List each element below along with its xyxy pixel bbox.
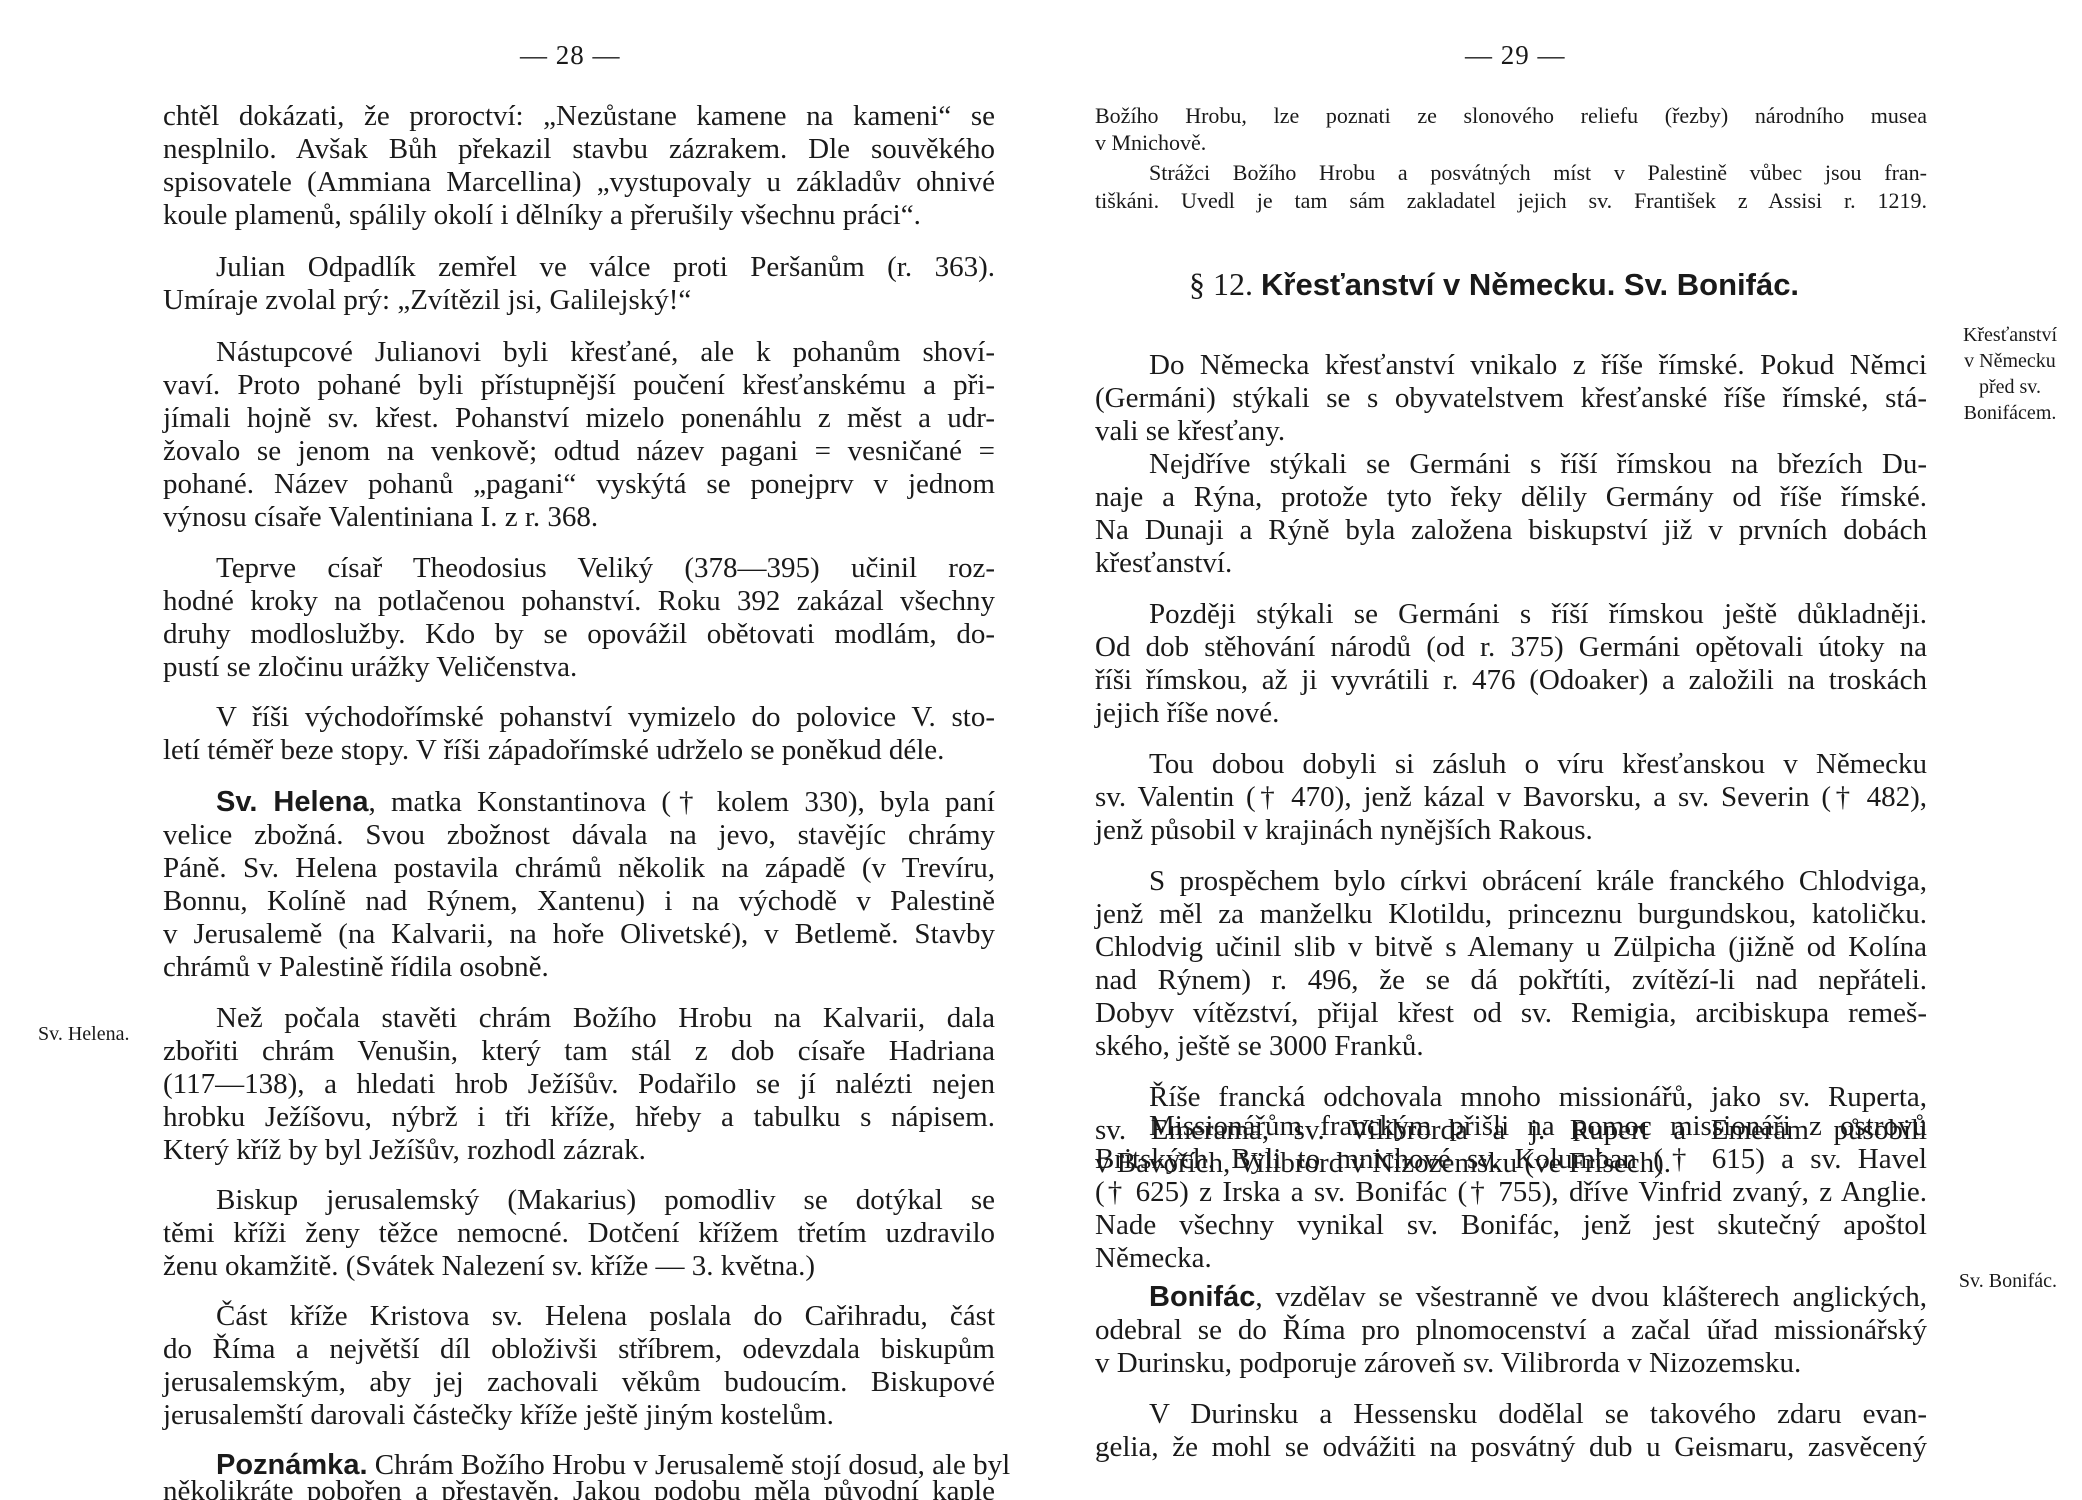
text-line: spisovatele (Ammiana Marcellina) „vystup… [163,166,995,199]
text-line: koule plamenů, spálily okolí i dělníky a… [163,199,921,232]
margin-note-sv-helena: Sv. Helena. [38,1021,129,1047]
text-line: Biskup jerusalemský (Makarius) pomodliv … [216,1184,995,1217]
text-line: v Durinsku, podporuje zároveň sv. Vilibr… [1095,1347,1801,1380]
text-line: Božího Hrobu, lze poznati ze slonového r… [1095,103,1927,129]
section-heading: § 12. Křesťanství v Německu. Sv. Bonifác… [1189,266,1799,303]
margin-note-line: Křesťanství [1935,322,2082,348]
text-line: hrobku Ježíšovu, nýbrž i tři kříže, hřeb… [163,1101,995,1134]
text-line: Tou dobou dobyli si zásluh o víru křesťa… [1149,748,1927,781]
text-line: tiškáni. Uvedl je tam sám zakladatel jej… [1095,188,1927,214]
text-line: (117—138), a hledati hrob Ježíšův. Podař… [163,1068,995,1101]
margin-note-line: Bonifácem. [1935,400,2082,426]
text-line: Strážci Božího Hrobu a posvátných míst v… [1149,160,1927,186]
text-line: žovalo se jenom na venkově; odtud název … [163,435,995,468]
text-line: († 625) z Irska a sv. Bonifác († 755), d… [1095,1176,1927,1209]
text-line: jenž působil v krajinách nynějších Rakou… [1095,814,1593,847]
text-line: V Durinsku a Hessensku dodělal se takové… [1149,1398,1927,1431]
bold-lead: Sv. Helena [216,786,369,818]
text-line: zbořiti chrám Venušin, který tam stál z … [163,1035,995,1068]
text-line: Nade všechny vynikal sv. Bonifác, jenž j… [1095,1209,1927,1242]
text-line: Později stýkali se Germáni s říší římsko… [1149,598,1927,631]
text-line: říši římskou, až ji vyvrátili r. 476 (Od… [1095,664,1927,697]
text-line: V říši východořímské pohanství vymizelo … [216,701,995,734]
text-line: ženu okamžitě. (Svátek Nalezení sv. kříž… [163,1250,815,1283]
section-number: § 12. [1189,266,1253,302]
text-line: velice zbožná. Svou zbožnost dávala na j… [163,819,995,852]
text-line: vaví. Proto pohané byli přístupnější pou… [163,369,995,402]
text-line: S prospěchem bylo církvi obrácení krále … [1149,865,1927,898]
text-line: (Germáni) stýkali se s obyvatelstvem kře… [1095,382,1927,415]
text-line: Do Německa křesťanství vnikalo z říše ří… [1149,349,1927,382]
left-page: — 28 — Sv. Helena. chtěl dokázati, že pr… [0,0,1041,1500]
text-line: naje a Rýna, protože tyto řeky dělily Ge… [1095,481,1927,514]
bold-lead: Bonifác [1149,1281,1255,1313]
text-line: Od dob stěhování národů (od r. 375) Germ… [1095,631,1927,664]
text-line: druhy modloslužby. Kdo by se opovážil ob… [163,618,995,651]
text-line: vali se křesťany. [1095,415,1285,448]
text-line: Páně. Sv. Helena postavila chrámů několi… [163,852,995,885]
text-line: gelia, že mohl se odvážiti na posvátný d… [1095,1431,1927,1464]
text-line: Německa. [1095,1242,1212,1275]
text-line: jerusalemští darovali částečky kříže ješ… [163,1399,834,1432]
text-line: letí téměř beze stopy. V říši západoříms… [163,734,944,767]
text-line: Bonifác, vzdělav se všestranně ve dvou k… [1149,1281,1927,1314]
text-line: Britských. Byli to mnichové sv. Kolumban… [1095,1143,1927,1176]
text-line: chtěl dokázati, že proroctví: „Nezůstane… [163,100,995,133]
text-line: jejich říše nové. [1095,697,1279,730]
text-line: Bonnu, Kolíně nad Rýnem, Xantenu) i na v… [163,885,995,918]
text-line: do Říma a největší díl obloživši stříbre… [163,1333,995,1366]
text-line: nad Rýnem) r. 496, že se dá pokřtíti, zv… [1095,964,1927,997]
text-line: jenž měl za manželku Klotildu, princeznu… [1095,898,1927,931]
text-line: Missionářům franckým přišli na pomoc mis… [1149,1110,1927,1143]
page-number: — 28 — [520,40,621,71]
text-line: pohané. Název pohanů „pagani“ vyskýtá se… [163,468,995,501]
text-line: Část kříže Kristova sv. Helena poslala d… [216,1300,995,1333]
text-line: Umíraje zvolal prý: „Zvítězil jsi, Galil… [163,284,691,317]
margin-note-sv-bonifac: Sv. Bonifác. [1933,1268,2082,1294]
text-line: sv. Valentin († 470), jenž kázal v Bavor… [1095,781,1927,814]
text-line: Který kříž by byl Ježíšův, rozhodl zázra… [163,1134,646,1167]
margin-note-christianity-germany: Křesťanství v Německu před sv. Bonifácem… [1935,322,2082,426]
text-line: Dobyv vítězství, přijal křest od sv. Rem… [1095,997,1927,1030]
margin-note-line: Sv. Bonifác. [1933,1268,2082,1294]
text-line: křesťanství. [1095,547,1232,580]
page-number: — 29 — [1465,40,1566,71]
section-title: Křesťanství v Německu. Sv. Bonifác. [1261,267,1799,302]
right-page: — 29 — § 12. Křesťanství v Německu. Sv. … [1041,0,2082,1500]
text-line: Než počala stavěti chrám Božího Hrobu na… [216,1002,995,1035]
text-line: jerusalemským, aby jej zachovali věkům b… [163,1366,995,1399]
text-line: jímali hojně sv. křest. Pohanství mizelo… [163,402,995,435]
margin-note-line: před sv. [1935,374,2082,400]
text-line: Chlodvig učinil slib v bitvě s Alemany u… [1095,931,1927,964]
text-line: v Mnichově. [1095,130,1206,156]
text-line: pustí se zločinu urážky Veličenstva. [163,651,577,684]
text-line: Nástupcové Julianovi byli křesťané, ale … [216,336,995,369]
text-line: odebral se do Říma pro plnomocenství a z… [1095,1314,1927,1347]
text-line: ského, ještě se 3000 Franků. [1095,1030,1424,1063]
text-line: Sv. Helena, matka Konstantinova († kolem… [216,786,995,819]
text-line: několikráte pobořen a přestavěn. Jakou p… [163,1475,995,1500]
text-line: hodné kroky na potlačenou pohanství. Rok… [163,585,995,618]
text-line: nesplnilo. Avšak Bůh překazil stavbu záz… [163,133,995,166]
text-line: těmi kříži ženy těžce nemocné. Dotčení k… [163,1217,995,1250]
text-line: chrámů v Palestině řídila osobně. [163,951,549,984]
text-line: Na Dunaji a Rýně byla založena biskupstv… [1095,514,1927,547]
text-line: Julian Odpadlík zemřel ve válce proti Pe… [216,251,995,284]
margin-note-line: v Německu [1935,348,2082,374]
text-line: Teprve císař Theodosius Veliký (378—395)… [216,552,995,585]
text-line: v Jerusalemě (na Kalvarii, na hoře Olive… [163,918,995,951]
text-line: výnosu císaře Valentiniana I. z r. 368. [163,501,598,534]
text-line: Nejdříve stýkali se Germáni s říší římsk… [1149,448,1927,481]
